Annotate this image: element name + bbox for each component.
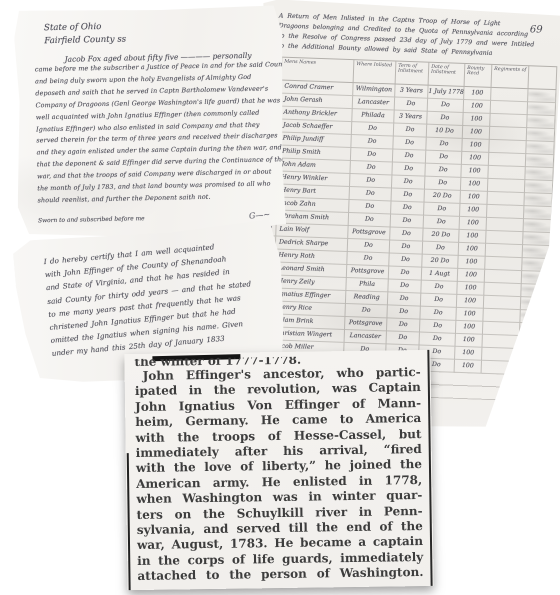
cell-date: 20 Do: [424, 190, 460, 204]
cell-term: Do: [390, 240, 423, 254]
cell-regiment-blank: [489, 153, 526, 167]
cell-remarks-blank: [524, 219, 552, 233]
cell-regiment-blank: [490, 127, 527, 141]
cell-regiment-blank: [488, 179, 525, 193]
attestation-line: Sworn to and subscribed before me: [38, 216, 145, 224]
cell-date: Do: [426, 151, 462, 165]
column-header: Regiments of: [492, 65, 530, 88]
cell-date: Do: [420, 307, 456, 321]
cell-regiment-blank: [484, 283, 521, 297]
column-header: Bounty Recd: [465, 64, 493, 87]
cell-remarks-blank: [519, 349, 547, 363]
cell-regiment-blank: [491, 101, 528, 115]
cell-bounty: 100: [464, 100, 491, 114]
muster-roll-header: A Return of Men Inlisted in the Captns T…: [262, 0, 560, 61]
cell-regiment-blank: [488, 166, 525, 180]
cell-regiment-blank: [486, 231, 523, 245]
cell-term: Do: [390, 227, 423, 241]
cell-bounty: 100: [462, 139, 489, 153]
cell-regiment-blank: [487, 205, 524, 219]
cell-regiment-blank: [490, 114, 527, 128]
cell-regiment-blank: [482, 335, 519, 349]
cell-term: Do: [393, 137, 426, 151]
cell-term: Do: [393, 150, 426, 164]
cell-date: Do: [425, 177, 461, 191]
cell-bounty: 100: [456, 308, 483, 322]
cell-term: Do: [392, 176, 425, 190]
cell-remarks-blank: [523, 245, 551, 259]
cell-remarks-blank: [526, 154, 554, 168]
cell-date: Do: [426, 138, 462, 152]
cell-date: Do: [424, 203, 460, 217]
cell-date: 10 Do: [427, 125, 463, 139]
cell-term: 3 Years: [395, 85, 428, 99]
clipping-text: the winter of 1777-1778.John Effinger's …: [124, 350, 433, 585]
newspaper-clipping: the winter of 1777-1778.John Effinger's …: [124, 350, 433, 590]
cell-bounty: 100: [464, 87, 491, 101]
cell-regiment-blank: [482, 348, 519, 362]
cell-date: Do: [421, 281, 457, 295]
cell-bounty: 100: [461, 178, 488, 192]
clipping-line: attached to the person of Washington.: [137, 565, 423, 584]
column-header: Where Inlisted: [354, 60, 397, 83]
cell-bounty: 100: [460, 217, 487, 231]
cell-date: Do: [428, 99, 464, 113]
cell-remarks-blank: [523, 232, 551, 246]
column-header: [529, 66, 558, 89]
cell-term: 3 Years: [394, 111, 427, 125]
cell-bounty: 100: [462, 152, 489, 166]
cell-regiment-blank: [484, 296, 521, 310]
cell-bounty: 100: [457, 282, 484, 296]
cell-remarks-blank: [527, 128, 555, 142]
justice-signature-scribble: G—∼: [249, 210, 271, 221]
cell-bounty: 100: [463, 113, 490, 127]
cell-remarks-blank: [522, 271, 550, 285]
cell-bounty: 100: [456, 321, 483, 335]
cell-term: Do: [395, 98, 428, 112]
cell-remarks-blank: [519, 362, 547, 376]
cell-remarks-blank: [525, 180, 553, 194]
cell-date: Do: [424, 216, 460, 230]
cell-date: 20 Do: [422, 255, 458, 269]
cell-regiment-blank: [482, 361, 519, 375]
cell-remarks-blank: [520, 323, 548, 337]
cell-bounty: 100: [455, 360, 482, 374]
cell-term: Do: [391, 188, 424, 202]
cell-bounty: 100: [457, 295, 484, 309]
cell-remarks-blank: [528, 89, 556, 103]
cell-remarks-blank: [525, 167, 553, 181]
deposition-document: State of Ohio Fairfield County ss Jacob …: [14, 5, 287, 239]
cell-term: Do: [387, 331, 420, 345]
column-header: Mens Names: [282, 58, 355, 82]
cell-date: 20 Do: [423, 229, 459, 243]
muster-rows: 1 Conrad Cramer Wilmington 3 Years 1 Jul…: [257, 80, 557, 376]
certificate-body: I do hereby certify that I am well acqua…: [43, 236, 273, 361]
cell-date: Do: [421, 294, 457, 308]
cell-term: Do: [388, 292, 421, 306]
cell-date: 1 July 1778: [428, 86, 464, 100]
cell-regiment-blank: [485, 270, 522, 284]
cell-remarks-blank: [524, 193, 552, 207]
deposition-body: came before me the subscriber a Justice …: [35, 59, 274, 207]
cell-bounty: 100: [455, 334, 482, 348]
cell-regiment-blank: [487, 192, 524, 206]
cell-regiment-blank: [491, 88, 528, 102]
cell-remarks-blank: [522, 258, 550, 272]
cell-term: Do: [392, 163, 425, 177]
page-number: 69: [530, 24, 543, 35]
cell-bounty: 100: [458, 256, 485, 270]
column-header: Date of Inlistment: [429, 63, 466, 86]
cell-remarks-blank: [527, 115, 555, 129]
cell-bounty: 100: [459, 243, 486, 257]
cell-regiment-blank: [485, 257, 522, 271]
cell-bounty: 100: [458, 269, 485, 283]
cell-bounty: 100: [455, 347, 482, 361]
cell-term: Do: [387, 305, 420, 319]
cell-regiment-blank: [489, 140, 526, 154]
cell-term: Do: [387, 318, 420, 332]
cell-regiment-blank: [483, 309, 520, 323]
cell-regiment-blank: [487, 218, 524, 232]
cell-remarks-blank: [521, 297, 549, 311]
cell-bounty: 100: [461, 165, 488, 179]
cell-regiment-blank: [483, 322, 520, 336]
cell-date: Do: [423, 242, 459, 256]
cell-remarks-blank: [519, 336, 547, 350]
document-collage: 69 A Return of Men Inlisted in the Captn…: [0, 0, 560, 595]
cell-date: Do: [425, 164, 461, 178]
cell-date: Do: [427, 112, 463, 126]
cell-term: Do: [391, 201, 424, 215]
cell-date: Do: [420, 320, 456, 334]
cell-term: Do: [388, 279, 421, 293]
cell-remarks-blank: [521, 284, 549, 298]
column-header: Term of Inlistment: [396, 62, 430, 85]
cell-bounty: 100: [463, 126, 490, 140]
cell-remarks-blank: [526, 141, 554, 155]
cell-term: Do: [389, 266, 422, 280]
cell-bounty: 100: [460, 191, 487, 205]
cell-date: Do: [419, 333, 455, 347]
cell-remarks-blank: [524, 206, 552, 220]
cell-remarks-blank: [528, 102, 556, 116]
cell-bounty: 100: [459, 230, 486, 244]
cell-term: Do: [389, 253, 422, 267]
cell-remarks-blank: [520, 310, 548, 324]
cell-regiment-blank: [486, 244, 523, 258]
cell-date: 1 Augt: [422, 268, 458, 282]
cell-term: Do: [391, 214, 424, 228]
cell-term: Do: [394, 124, 427, 138]
cell-bounty: 100: [460, 204, 487, 218]
